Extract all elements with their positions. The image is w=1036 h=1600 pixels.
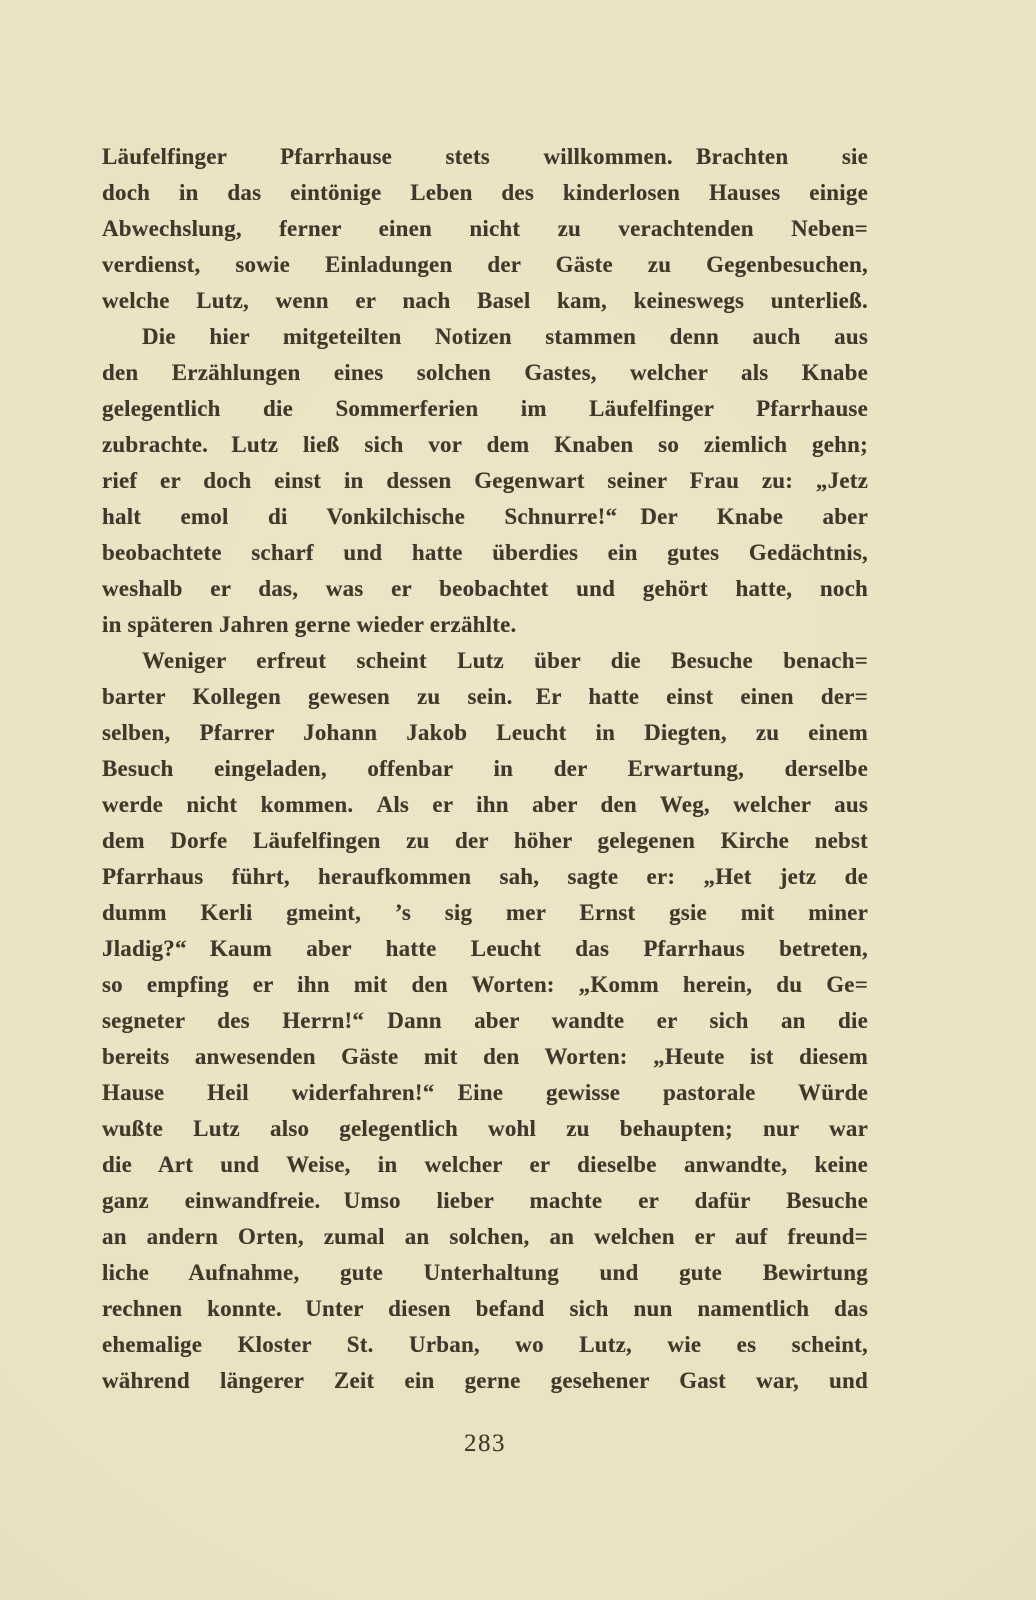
text-line: barter Kollegen gewesen zu sein. Er hatt…: [102, 679, 868, 715]
text-line: dumm Kerli gmeint, ’s sig mer Ernst gsie…: [102, 895, 868, 931]
text-line: so empfing er ihn mit den Worten: „Komm …: [102, 967, 868, 1003]
text-line: wußte Lutz also gelegentlich wohl zu beh…: [102, 1111, 868, 1147]
page-text-block: Läufelfinger Pfarrhause stets willkommen…: [102, 139, 868, 1399]
text-line: ganz einwandfreie. Umso lieber machte er…: [102, 1183, 868, 1219]
text-line: rief er doch einst in dessen Gegenwart s…: [102, 463, 868, 499]
text-line: welche Lutz, wenn er nach Basel kam, kei…: [102, 283, 868, 319]
text-line: Weniger erfreut scheint Lutz über die Be…: [102, 643, 868, 679]
text-line: segneter des Herrn!“ Dann aber wandte er…: [102, 1003, 868, 1039]
text-line: Hause Heil widerfahren!“ Eine gewisse pa…: [102, 1075, 868, 1111]
text-line: beobachtete scharf und hatte überdies ei…: [102, 535, 868, 571]
text-line: bereits anwesenden Gäste mit den Worten:…: [102, 1039, 868, 1075]
text-line: zubrachte. Lutz ließ sich vor dem Knaben…: [102, 427, 868, 463]
text-line: an andern Orten, zumal an solchen, an we…: [102, 1219, 868, 1255]
text-line: Die hier mitgeteilten Notizen stammen de…: [102, 319, 868, 355]
text-line: halt emol di Vonkilchische Schnurre!“ De…: [102, 499, 868, 535]
text-line: verdienst, sowie Einladungen der Gäste z…: [102, 247, 868, 283]
text-line: Läufelfinger Pfarrhause stets willkommen…: [102, 139, 868, 175]
text-line: den Erzählungen eines solchen Gastes, we…: [102, 355, 868, 391]
page-number: 283: [102, 1426, 868, 1462]
book-page: Läufelfinger Pfarrhause stets willkommen…: [0, 0, 1036, 1600]
text-line: liche Aufnahme, gute Unterhaltung und gu…: [102, 1255, 868, 1291]
text-line: dem Dorfe Läufelfingen zu der höher gele…: [102, 823, 868, 859]
text-line: weshalb er das, was er beobachtet und ge…: [102, 571, 868, 607]
text-line: in späteren Jahren gerne wieder erzählte…: [102, 607, 868, 643]
text-line: die Art und Weise, in welcher er dieselb…: [102, 1147, 868, 1183]
text-line: gelegentlich die Sommerferien im Läufelf…: [102, 391, 868, 427]
text-line: werde nicht kommen. Als er ihn aber den …: [102, 787, 868, 823]
text-line: ehemalige Kloster St. Urban, wo Lutz, wi…: [102, 1327, 868, 1363]
text-line: Pfarrhaus führt, heraufkommen sah, sagte…: [102, 859, 868, 895]
text-line: doch in das eintönige Leben des kinderlo…: [102, 175, 868, 211]
text-line: Besuch eingeladen, offenbar in der Erwar…: [102, 751, 868, 787]
text-line: selben, Pfarrer Johann Jakob Leucht in D…: [102, 715, 868, 751]
text-line: während längerer Zeit ein gerne gesehene…: [102, 1363, 868, 1399]
text-line: Abwechslung, ferner einen nicht zu verac…: [102, 211, 868, 247]
text-line: rechnen konnte. Unter diesen befand sich…: [102, 1291, 868, 1327]
text-line: Jladig?“ Kaum aber hatte Leucht das Pfar…: [102, 931, 868, 967]
